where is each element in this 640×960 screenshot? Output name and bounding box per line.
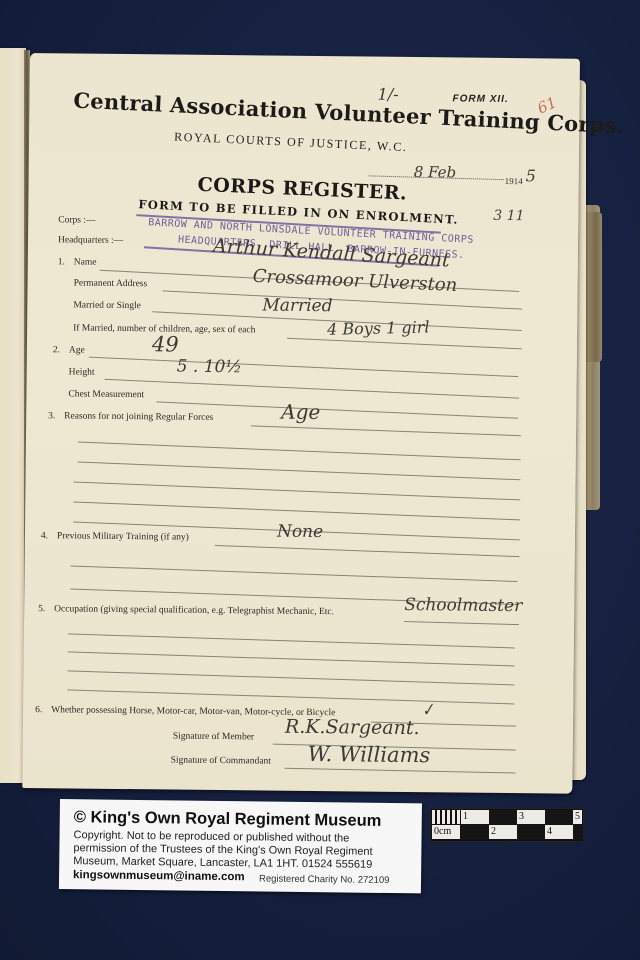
handwritten-date: 8 Feb	[414, 163, 457, 181]
height-rule	[105, 379, 520, 399]
left-page-edge	[0, 48, 26, 783]
blank-rule	[68, 651, 515, 666]
corps-label: Corps :—	[58, 215, 95, 225]
commandant-signature-rule	[285, 768, 516, 774]
scale-cell	[545, 810, 573, 824]
commandant-signature[interactable]: W. Williams	[308, 742, 431, 767]
member-signature[interactable]: R.K.Sargeant.	[285, 716, 420, 739]
centimetre-scale-bar: 1 3 5 0cm 2 4	[430, 808, 584, 842]
field-number-6: 6.	[35, 705, 42, 715]
printed-year: 1914	[505, 176, 523, 186]
headquarters-label: Headquarters :—	[58, 235, 123, 246]
age-label: Age	[69, 345, 85, 355]
blank-rule	[68, 670, 515, 685]
address-rule	[162, 290, 522, 309]
scale-cell: 2	[489, 825, 517, 839]
chest-label: Chest Measurement	[68, 389, 144, 400]
scale-cell	[573, 825, 582, 839]
blank-rule	[71, 565, 518, 582]
occupation-value[interactable]: Schoolmaster	[404, 595, 522, 616]
form-number: FORM XII.	[452, 93, 508, 105]
museum-title: © King's Own Royal Regiment Museum	[74, 808, 382, 831]
field-number-4: 4.	[41, 531, 48, 541]
scale-mm-ticks	[432, 810, 460, 824]
military-training-label: Previous Military Training (if any)	[57, 531, 189, 542]
age-value[interactable]: 49	[152, 332, 179, 356]
blank-rule	[67, 689, 514, 704]
height-label: Height	[69, 367, 95, 377]
scale-cell	[489, 810, 517, 824]
married-value[interactable]: Married	[262, 295, 332, 316]
field-number-5: 5.	[38, 604, 45, 614]
reasons-label: Reasons for not joining Regular Forces	[64, 411, 213, 423]
scale-cell	[517, 825, 545, 839]
scale-cell: 1	[461, 810, 489, 824]
form-subtitle: ROYAL COURTS OF JUSTICE, W.C.	[174, 130, 408, 156]
scale-cell: 5	[573, 810, 582, 824]
scale-cell: 3	[517, 810, 545, 824]
field-number-3: 3.	[48, 411, 55, 421]
vehicles-value[interactable]: ✓	[419, 699, 437, 721]
address-value[interactable]: Crossamoor Ulverston	[252, 266, 457, 296]
occupation-rule	[404, 621, 519, 625]
corps-register-heading: CORPS REGISTER.	[197, 174, 407, 205]
age-rule	[89, 357, 519, 378]
occupation-label: Occupation (giving special qualification…	[54, 604, 334, 617]
museum-email[interactable]: kingsownmuseum@iname.com	[73, 869, 245, 883]
military-rule	[215, 545, 520, 557]
height-value[interactable]: 5 . 10½	[177, 357, 242, 378]
blank-rule	[73, 501, 520, 520]
reasons-value[interactable]: Age	[281, 400, 320, 424]
blank-rule	[68, 633, 515, 648]
commandant-signature-label: Signature of Commandant	[171, 756, 271, 767]
married-single-label: Married or Single	[73, 300, 141, 311]
scale-cell: 0cm	[432, 825, 460, 839]
military-training-value[interactable]: None	[277, 522, 323, 542]
blank-rule	[78, 442, 521, 461]
copyright-line-3: Museum, Market Square, Lancaster, LA1 1H…	[73, 855, 372, 871]
field-number-1: 1.	[58, 257, 65, 267]
children-rule	[287, 338, 522, 350]
address-label: Permanent Address	[74, 278, 148, 289]
name-label: Name	[74, 257, 97, 267]
reference-number: 3 11	[493, 208, 524, 224]
scale-cell	[461, 825, 489, 839]
blank-rule	[73, 481, 520, 500]
copyright-label: © King's Own Royal Regiment Museum Copyr…	[59, 799, 422, 893]
charity-number: Registered Charity No. 272109	[259, 873, 390, 886]
field-number-2: 2.	[53, 345, 60, 355]
member-signature-label: Signature of Member	[173, 732, 254, 743]
scale-cell: 4	[545, 825, 573, 839]
reasons-rule	[251, 425, 521, 436]
register-form-page: Central Association Volunteer Training C…	[22, 53, 580, 794]
children-value[interactable]: 4 Boys 1 girl	[327, 317, 430, 338]
blank-rule	[78, 462, 521, 481]
price-mark: 1/-	[377, 85, 398, 104]
handwritten-year-digit: 5	[526, 166, 536, 185]
